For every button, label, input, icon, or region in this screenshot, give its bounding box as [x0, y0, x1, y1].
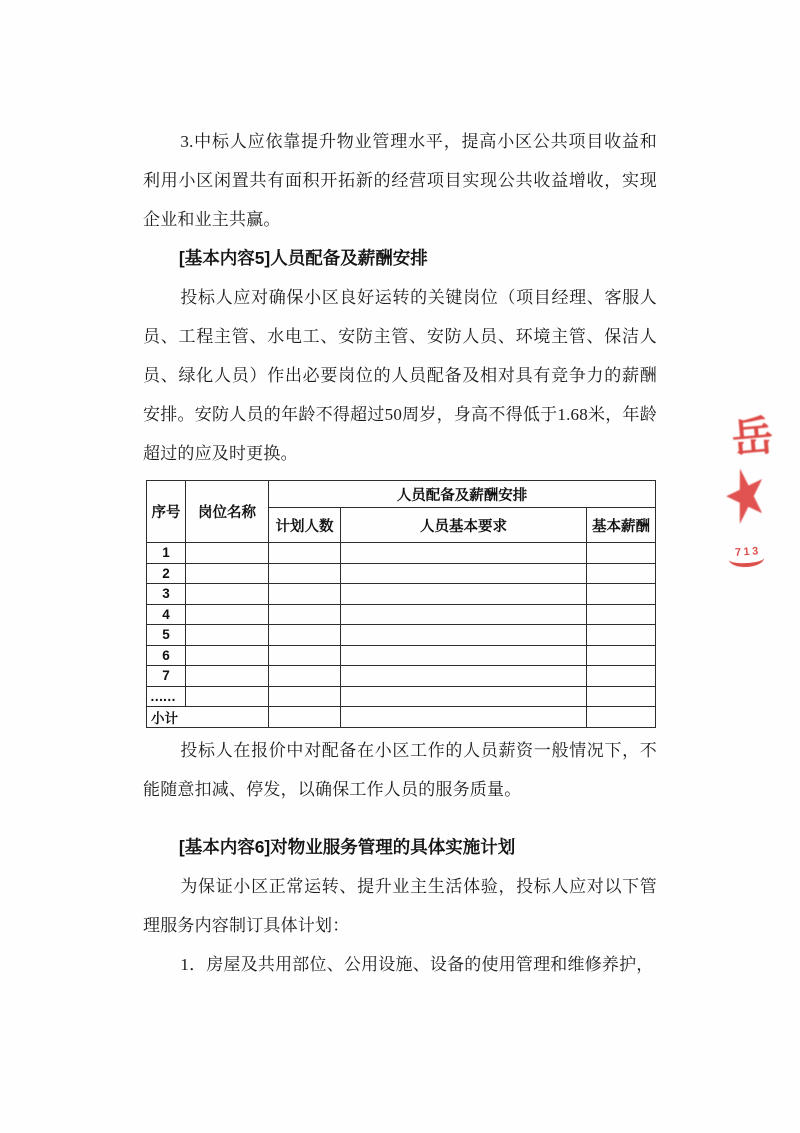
table-row: 4 — [147, 604, 656, 625]
paragraph-plan-intro: 为保证小区正常运转、提升业主生活体验，投标人应对以下管理服务内容制订具体计划： — [143, 867, 657, 945]
seq-cell: 4 — [147, 604, 186, 625]
heading-basic-content-5: [基本内容5]人员配备及薪酬安排 — [143, 239, 657, 278]
planned-cell — [269, 584, 341, 605]
post-cell — [186, 645, 269, 666]
col-header-basic-requirements: 人员基本要求 — [341, 508, 587, 543]
seal-arc-stroke — [729, 550, 765, 568]
seq-cell: 5 — [147, 625, 186, 646]
requirements-cell — [341, 563, 587, 584]
salary-cell — [587, 645, 656, 666]
planned-cell — [269, 563, 341, 584]
planned-cell — [269, 543, 341, 564]
post-cell — [186, 563, 269, 584]
seal-serial-digits: 713 — [735, 546, 762, 559]
salary-cell — [587, 666, 656, 687]
post-cell — [186, 666, 269, 687]
seq-cell-ellipsis: …… — [147, 686, 186, 707]
requirements-cell — [341, 686, 587, 707]
requirements-cell — [341, 604, 587, 625]
table-row-ellipsis: …… — [147, 686, 656, 707]
table-row: 3 — [147, 584, 656, 605]
salary-cell — [587, 625, 656, 646]
post-cell — [186, 543, 269, 564]
document-page: 3.中标人应依靠提升物业管理水平，提高小区公共项目收益和利用小区闲置共有面积开拓… — [0, 0, 800, 1133]
post-cell — [186, 604, 269, 625]
post-cell — [186, 686, 269, 707]
seal-character-fragment: 岳 — [730, 415, 774, 459]
table-row: 2 — [147, 563, 656, 584]
requirements-cell — [341, 584, 587, 605]
planned-cell — [269, 604, 341, 625]
requirements-cell — [341, 666, 587, 687]
planned-cell — [269, 707, 341, 728]
table-row: 6 — [147, 645, 656, 666]
salary-cell — [587, 563, 656, 584]
planned-cell — [269, 686, 341, 707]
salary-cell — [587, 604, 656, 625]
table-header-row-1: 序号 岗位名称 人员配备及薪酬安排 — [147, 481, 656, 508]
paragraph-salary-note: 投标人在报价中对配备在小区工作的人员薪资一般情况下，不能随意扣减、停发，以确保工… — [143, 731, 657, 809]
subtotal-label-cell: 小计 — [147, 707, 269, 728]
seq-cell: 6 — [147, 645, 186, 666]
seq-cell: 2 — [147, 563, 186, 584]
planned-cell — [269, 666, 341, 687]
paragraph-item-1-housing: 1．房屋及共用部位、公用设施、设备的使用管理和维修养护， — [143, 945, 657, 984]
planned-cell — [269, 625, 341, 646]
seq-cell: 7 — [147, 666, 186, 687]
salary-cell — [587, 707, 656, 728]
planned-cell — [269, 645, 341, 666]
salary-cell — [587, 543, 656, 564]
requirements-cell — [341, 645, 587, 666]
col-header-basic-salary: 基本薪酬 — [587, 508, 656, 543]
salary-cell — [587, 686, 656, 707]
requirements-cell — [341, 543, 587, 564]
seq-cell: 3 — [147, 584, 186, 605]
requirements-cell — [341, 707, 587, 728]
paragraph-key-posts: 投标人应对确保小区良好运转的关键岗位（项目经理、客服人员、工程主管、水电工、安防… — [143, 278, 657, 473]
seal-star-icon — [725, 465, 767, 527]
seq-cell: 1 — [147, 543, 186, 564]
col-header-group: 人员配备及薪酬安排 — [269, 481, 656, 508]
document-content: 3.中标人应依靠提升物业管理水平，提高小区公共项目收益和利用小区闲置共有面积开拓… — [143, 0, 657, 984]
paragraph-win-bid-obligation: 3.中标人应依靠提升物业管理水平，提高小区公共项目收益和利用小区闲置共有面积开拓… — [143, 122, 657, 239]
requirements-cell — [341, 625, 587, 646]
table-row-subtotal: 小计 — [147, 707, 656, 728]
col-header-seq: 序号 — [147, 481, 186, 543]
table-row: 1 — [147, 543, 656, 564]
heading-basic-content-6: [基本内容6]对物业服务管理的具体实施计划 — [143, 828, 657, 867]
col-header-post-name: 岗位名称 — [186, 481, 269, 543]
post-cell — [186, 625, 269, 646]
post-cell — [186, 584, 269, 605]
col-header-planned-count: 计划人数 — [269, 508, 341, 543]
staffing-salary-table: 序号 岗位名称 人员配备及薪酬安排 计划人数 人员基本要求 基本薪酬 1 — [146, 480, 656, 728]
salary-cell — [587, 584, 656, 605]
table-row: 5 — [147, 625, 656, 646]
table-row: 7 — [147, 666, 656, 687]
red-seal-stamp: 岳 713 — [710, 405, 800, 585]
